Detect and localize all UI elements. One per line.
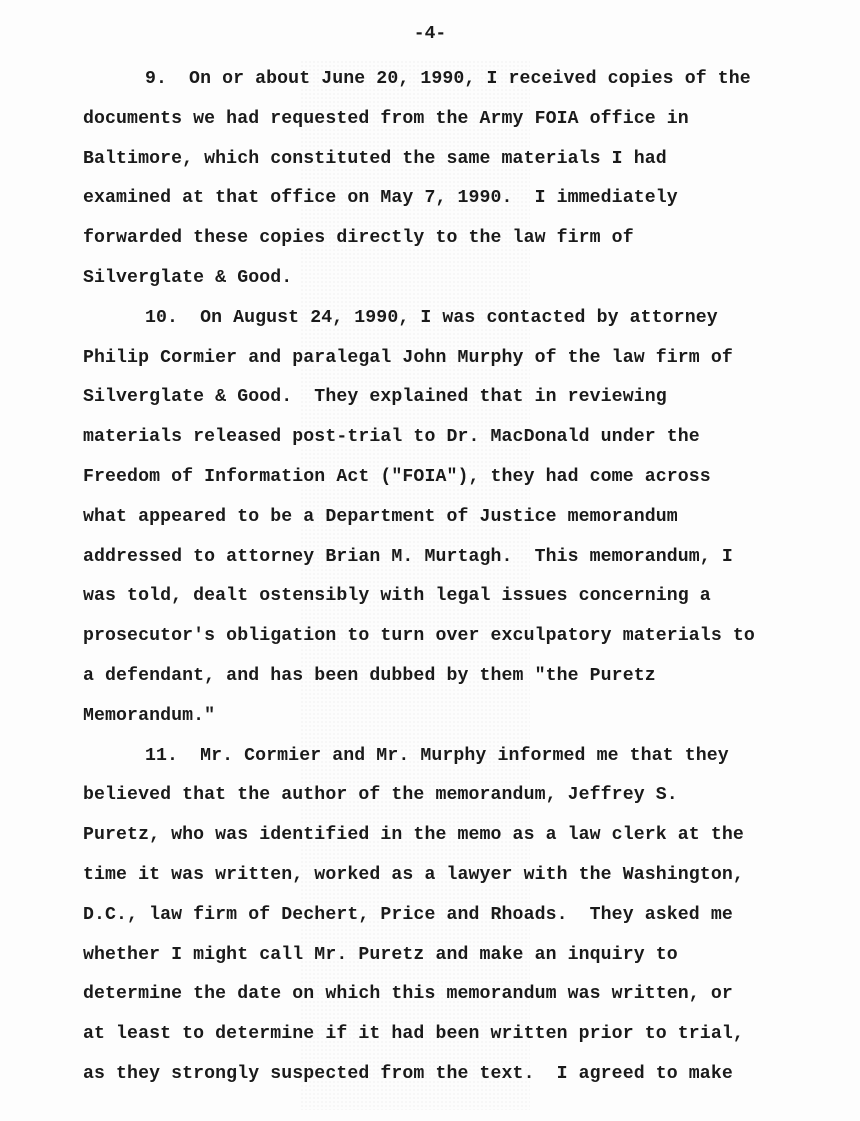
paragraph-line: Puretz, who was identified in the memo a…	[83, 816, 823, 856]
page-number: -4-	[0, 24, 860, 44]
paragraph-line: Freedom of Information Act ("FOIA"), the…	[83, 458, 823, 498]
paragraph-line: whether I might call Mr. Puretz and make…	[83, 936, 823, 976]
paragraph-line: prosecutor's obligation to turn over exc…	[83, 617, 823, 657]
paragraph-line: Silverglate & Good.	[83, 259, 823, 299]
paragraph-line: as they strongly suspected from the text…	[83, 1055, 823, 1095]
paragraph-10: 10. On August 24, 1990, I was contacted …	[83, 299, 823, 737]
paragraph-line: at least to determine if it had been wri…	[83, 1015, 823, 1055]
paragraph-11: 11. Mr. Cormier and Mr. Murphy informed …	[83, 737, 823, 1095]
paragraph-line: time it was written, worked as a lawyer …	[83, 856, 823, 896]
paragraph-line: examined at that office on May 7, 1990. …	[83, 179, 823, 219]
paragraph-line: Memorandum."	[83, 697, 823, 737]
paragraph-9: 9. On or about June 20, 1990, I received…	[83, 60, 823, 299]
paragraph-line: a defendant, and has been dubbed by them…	[83, 657, 823, 697]
paragraph-line: documents we had requested from the Army…	[83, 100, 823, 140]
paragraph-line: believed that the author of the memorand…	[83, 776, 823, 816]
paragraph-line: determine the date on which this memoran…	[83, 975, 823, 1015]
paragraph-line: was told, dealt ostensibly with legal is…	[83, 577, 823, 617]
paragraph-line: materials released post-trial to Dr. Mac…	[83, 418, 823, 458]
paragraph-line: 11. Mr. Cormier and Mr. Murphy informed …	[83, 737, 823, 777]
paragraph-line: addressed to attorney Brian M. Murtagh. …	[83, 538, 823, 578]
paragraph-line: 9. On or about June 20, 1990, I received…	[83, 60, 823, 100]
paragraph-line: Silverglate & Good. They explained that …	[83, 378, 823, 418]
paragraph-line: Baltimore, which constituted the same ma…	[83, 140, 823, 180]
paragraph-line: 10. On August 24, 1990, I was contacted …	[83, 299, 823, 339]
paragraph-line: what appeared to be a Department of Just…	[83, 498, 823, 538]
paragraph-line: D.C., law firm of Dechert, Price and Rho…	[83, 896, 823, 936]
paragraph-line: forwarded these copies directly to the l…	[83, 219, 823, 259]
paragraph-line: Philip Cormier and paralegal John Murphy…	[83, 339, 823, 379]
document-body: 9. On or about June 20, 1990, I received…	[83, 60, 823, 1095]
